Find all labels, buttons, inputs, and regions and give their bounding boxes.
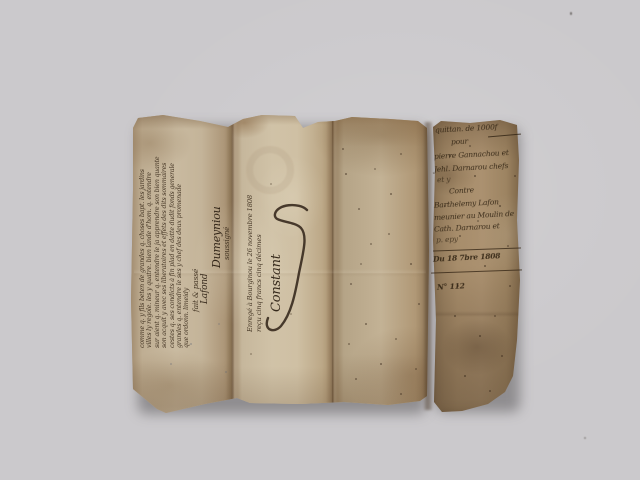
handwriting-line: son acquit y avec ses liberatoires et ef…	[161, 122, 168, 348]
recto-line: Cath. Darnarou et	[434, 221, 500, 233]
background-speck	[584, 437, 586, 439]
ink-speckles-verso	[130, 113, 132, 115]
recto-line: et y	[437, 175, 451, 185]
amount-underline	[488, 134, 521, 138]
registration-line: Enregé à Bourginou le 26 novembre 1808	[246, 122, 255, 332]
recto-line: Contre	[449, 185, 474, 195]
recto-line: Barthelemy Lafon	[434, 197, 499, 209]
recto-line: meunier au Moulin de	[434, 209, 514, 222]
recto-line: pierre Gannachou et	[434, 148, 509, 161]
handwriting-line: fait & passé	[191, 122, 200, 348]
photograph-of-manuscript: { "scene": { "description": "Photograph …	[0, 0, 640, 480]
recto-line-amount: quittan. de 1000f	[435, 122, 498, 134]
recto-line: Jehl. Darnarou chefs	[434, 161, 509, 174]
document-number: N° 112	[437, 281, 465, 291]
fold-panel-3	[332, 113, 430, 415]
handwriting-line: villes ly regole. les y quatre. bien lan…	[146, 122, 153, 348]
handwriting-line: que ordonn. limeidy	[183, 122, 190, 348]
signature-subscript: soussigné	[223, 122, 232, 348]
ink-rule	[431, 269, 522, 273]
handwriting-line: sur aient q. mineur q. entendre le ja ap…	[154, 122, 161, 348]
date-line: Du 18 7bre 1808	[433, 251, 501, 264]
ink-speckles-recto	[429, 115, 431, 117]
handwriting-line: grandes q. entendre le ses y chef des de…	[176, 122, 183, 348]
ink-rule	[433, 247, 521, 251]
signature-flourish	[255, 198, 315, 338]
recto-line: pour	[451, 137, 468, 147]
recto-summary-block: quittan. de 1000f pour pierre Gannachou …	[431, 117, 525, 413]
verso-handwriting-block: comme q. y fils beten de grandes q. chos…	[132, 122, 232, 398]
handwriting-line: cestes q. ses condicts à fin plad en dat…	[169, 122, 176, 348]
handwriting-line: comme q. y fils beten de grandes q. chos…	[139, 122, 146, 348]
signature-main: Dumeyniou	[210, 122, 223, 348]
recto-line: p. epy	[436, 234, 458, 244]
signature-lafond: Lafond	[200, 122, 210, 348]
background-speck	[570, 12, 572, 15]
